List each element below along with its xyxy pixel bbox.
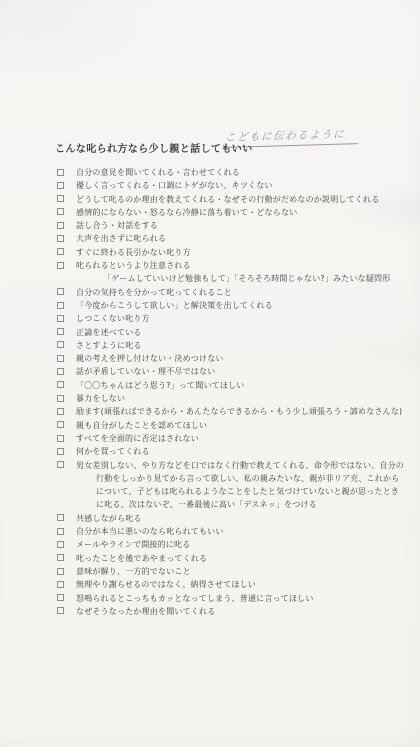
checkbox-icon xyxy=(57,288,64,295)
checkbox-icon xyxy=(57,528,64,535)
item-text: 暴力をしない xyxy=(76,392,406,405)
item-text: 自分の意見を聞いてくれる・言わせてくれる xyxy=(76,166,406,179)
checklist-item: 共感しながら叱る xyxy=(55,512,406,525)
item-text: 自分が本当に悪いのなら叱られてもいい xyxy=(76,525,406,538)
checklist-item: 大声を出さずに叱られる xyxy=(55,232,406,245)
item-text: すぐに終わる長引かない叱り方 xyxy=(76,246,406,259)
checklist-item: 「今度からこうして欲しい」と解決策を出してくれる xyxy=(55,299,406,312)
item-text: 大声を出さずに叱られる xyxy=(76,232,406,245)
checkbox-icon xyxy=(57,341,64,348)
checklist-item: 叱ったことを後であやまってくれる xyxy=(55,552,406,565)
checkbox-icon xyxy=(57,262,64,269)
checklist-item: どうして叱るのか理由を教えてくれる・なぜその行動がだめなのか説明してくれる xyxy=(55,193,406,206)
checklist-item: 親も自分がしたことを認めてほしい xyxy=(55,419,406,432)
checklist: 自分の意見を聞いてくれる・言わせてくれる優しく言ってくれる・口調にトゲがない、キ… xyxy=(55,166,406,618)
checkbox-icon xyxy=(57,368,64,375)
checkbox-icon xyxy=(57,235,64,242)
item-text: 話が矛盾していない・理不尽ではない xyxy=(76,365,406,378)
item-text: 男女差別しない、やり方などを口ではなく行動で教えてくれる、命令形ではない、自分の… xyxy=(76,459,406,512)
checkbox-icon xyxy=(57,302,64,309)
item-text: どうして叱るのか理由を教えてくれる・なぜその行動がだめなのか説明してくれる xyxy=(76,193,406,206)
item-text: 話し合う・対話をする xyxy=(76,219,406,232)
checkbox-icon xyxy=(57,514,64,521)
checkbox-icon xyxy=(57,381,64,388)
checklist-item: 意味が解り、一方的でないこと xyxy=(55,565,406,578)
checkbox-icon xyxy=(57,554,64,561)
item-text: 励ます(頑張ればできるから・あんたならできるから・もう少し頑張ろう・諦めなさんな… xyxy=(76,405,406,418)
item-text: 親の考えを押し付けない・決めつけない xyxy=(76,352,406,365)
note-text: 「ゲームしていいけど勉強もして」「そろそろ時間じゃない?」みたいな疑問形 xyxy=(103,272,406,285)
checkbox-icon xyxy=(57,607,64,614)
item-text: さとすように叱る xyxy=(76,339,406,352)
document-content: こんな叱られ方なら少し親と話してもいい 自分の意見を聞いてくれる・言わせてくれる… xyxy=(55,140,406,618)
checkbox-icon xyxy=(57,328,64,335)
checkbox-icon xyxy=(57,195,64,202)
item-text: 優しく言ってくれる・口調にトゲがない、キツくない xyxy=(76,179,406,192)
checklist-item: 話し合う・対話をする xyxy=(55,219,406,232)
checklist-item: 励ます(頑張ればできるから・あんたならできるから・もう少し頑張ろう・諦めなさんな… xyxy=(55,405,406,418)
item-text: 叱ったことを後であやまってくれる xyxy=(76,552,406,565)
item-text: 何かを買ってくれる xyxy=(76,445,406,458)
item-text: 感情的にならない・怒るなら冷静に落ち着いて・どならない xyxy=(76,206,406,219)
item-text: 怒鳴られるとこっちもカッとなってしまう、普通に言ってほしい xyxy=(76,592,406,605)
document-title: こんな叱られ方なら少し親と話してもいい xyxy=(55,140,406,155)
checkbox-icon xyxy=(57,408,64,415)
checklist-item: さとすように叱る xyxy=(55,339,406,352)
checkbox-icon xyxy=(57,208,64,215)
item-text: 正論を述べている xyxy=(76,326,406,339)
checkbox-icon xyxy=(57,315,64,322)
checkbox-icon xyxy=(57,222,64,229)
checkbox-icon xyxy=(57,169,64,176)
item-text: すべてを全面的に否定はされない xyxy=(76,432,406,445)
checklist-item: 怒鳴られるとこっちもカッとなってしまう、普通に言ってほしい xyxy=(55,592,406,605)
checklist-item: 叱られるというより注意される xyxy=(55,259,406,272)
item-text: 共感しながら叱る xyxy=(76,512,406,525)
checklist-item: 正論を述べている xyxy=(55,326,406,339)
checkbox-icon xyxy=(57,461,64,468)
item-text: 意味が解り、一方的でないこと xyxy=(76,565,406,578)
checkbox-icon xyxy=(57,182,64,189)
checkbox-icon xyxy=(57,355,64,362)
item-text: 自分の気持ちを分かって叱ってくれること xyxy=(76,286,406,299)
checklist-item: なぜそうなったか理由を聞いてくれる xyxy=(55,605,406,618)
checklist-item: 「〇〇ちゃんはどう思う?」って聞いてほしい xyxy=(55,379,406,392)
checklist-item: 親の考えを押し付けない・決めつけない xyxy=(55,352,406,365)
checklist-item: 男女差別しない、やり方などを口ではなく行動で教えてくれる、命令形ではない、自分の… xyxy=(55,459,406,512)
checklist-item: 話が矛盾していない・理不尽ではない xyxy=(55,365,406,378)
checkbox-icon xyxy=(57,594,64,601)
checkbox-icon xyxy=(57,435,64,442)
checklist-item: 自分が本当に悪いのなら叱られてもいい xyxy=(55,525,406,538)
scanned-document-page: こどもに伝わるように こんな叱られ方なら少し親と話してもいい 自分の意見を聞いて… xyxy=(0,0,420,747)
item-text: しつこくない叱り方 xyxy=(76,312,406,325)
item-text: 無理やり謝らせるのではなく、納得させてほしい xyxy=(76,578,406,591)
checkbox-icon xyxy=(57,448,64,455)
checklist-item: 感情的にならない・怒るなら冷静に落ち着いて・どならない xyxy=(55,206,406,219)
checklist-item: 無理やり謝らせるのではなく、納得させてほしい xyxy=(55,578,406,591)
item-text: メールやラインで間接的に叱る xyxy=(76,538,406,551)
checklist-item: 自分の意見を聞いてくれる・言わせてくれる xyxy=(55,166,406,179)
checklist-item: すぐに終わる長引かない叱り方 xyxy=(55,246,406,259)
checklist-item: すべてを全面的に否定はされない xyxy=(55,432,406,445)
item-text: 「〇〇ちゃんはどう思う?」って聞いてほしい xyxy=(76,379,406,392)
checklist-item: メールやラインで間接的に叱る xyxy=(55,538,406,551)
item-text: 親も自分がしたことを認めてほしい xyxy=(76,419,406,432)
checkbox-icon xyxy=(57,395,64,402)
item-text: 叱られるというより注意される xyxy=(76,259,406,272)
checkbox-icon xyxy=(57,421,64,428)
checkbox-icon xyxy=(57,541,64,548)
checkbox-icon xyxy=(57,581,64,588)
checklist-item: 自分の気持ちを分かって叱ってくれること xyxy=(55,286,406,299)
checklist-item: 何かを買ってくれる xyxy=(55,445,406,458)
checklist-item: しつこくない叱り方 xyxy=(55,312,406,325)
checkbox-icon xyxy=(57,568,64,575)
checklist-item: 優しく言ってくれる・口調にトゲがない、キツくない xyxy=(55,179,406,192)
item-text: なぜそうなったか理由を聞いてくれる xyxy=(76,605,406,618)
item-text: 「今度からこうして欲しい」と解決策を出してくれる xyxy=(76,299,406,312)
checklist-note: 「ゲームしていいけど勉強もして」「そろそろ時間じゃない?」みたいな疑問形 xyxy=(55,272,406,285)
checklist-item: 暴力をしない xyxy=(55,392,406,405)
checkbox-icon xyxy=(57,248,64,255)
